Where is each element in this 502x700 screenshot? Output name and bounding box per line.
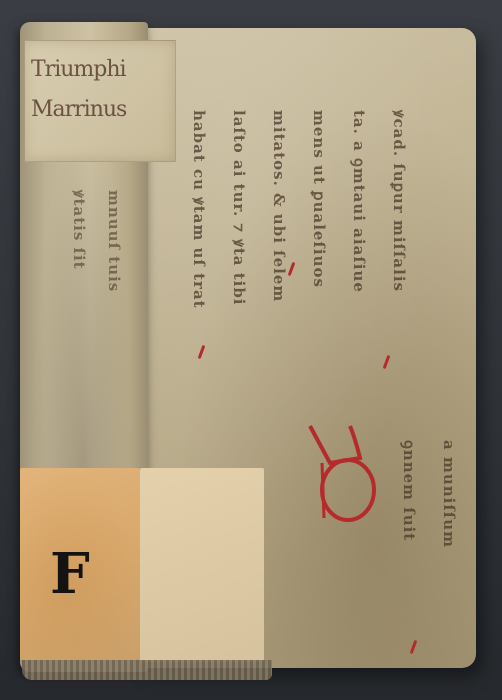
manuscript-column: ꝯnnem ſuit bbox=[397, 440, 420, 541]
antique-book: ꝟcad. ſuꝑur miſſalis ta. a ꝯmtaui aiaſiu… bbox=[0, 0, 502, 700]
spine-manuscript-column: ꝟtatis ſit bbox=[67, 190, 90, 270]
shelf-mark-letter: F bbox=[50, 546, 90, 602]
manuscript-column: mitatos. & ubi ſelem bbox=[267, 110, 290, 302]
manuscript-column: habat cu ꝟtam uſ trat bbox=[187, 110, 210, 309]
shelf-label-flap bbox=[140, 468, 264, 662]
manuscript-column: ꝟcad. ſuꝑur miſſalis bbox=[387, 110, 410, 292]
manuscript-column: mens ut ꝑualeſiuos bbox=[307, 110, 330, 288]
manuscript-column: ta. a ꝯmtaui aiaſiue bbox=[347, 110, 370, 293]
shelf-mark-label: F bbox=[20, 468, 140, 660]
spine-manuscript-column: mnuuſ tuis bbox=[102, 190, 125, 292]
photo-scene: ꝟcad. ſuꝑur miſſalis ta. a ꝯmtaui aiaſiu… bbox=[0, 0, 502, 700]
manuscript-column: laſto ai tur. ⁊ ꝟta tibi bbox=[227, 110, 250, 306]
manuscript-column: a muniſſum bbox=[437, 440, 460, 548]
book-bottom-edge bbox=[22, 660, 272, 680]
spine-title-line-1: Triumphi bbox=[31, 57, 126, 82]
red-initial-letter-icon bbox=[300, 418, 380, 528]
spine-title-line-2: Marrinus bbox=[31, 97, 126, 122]
spine-title-label: Triumphi Marrinus bbox=[24, 40, 176, 162]
